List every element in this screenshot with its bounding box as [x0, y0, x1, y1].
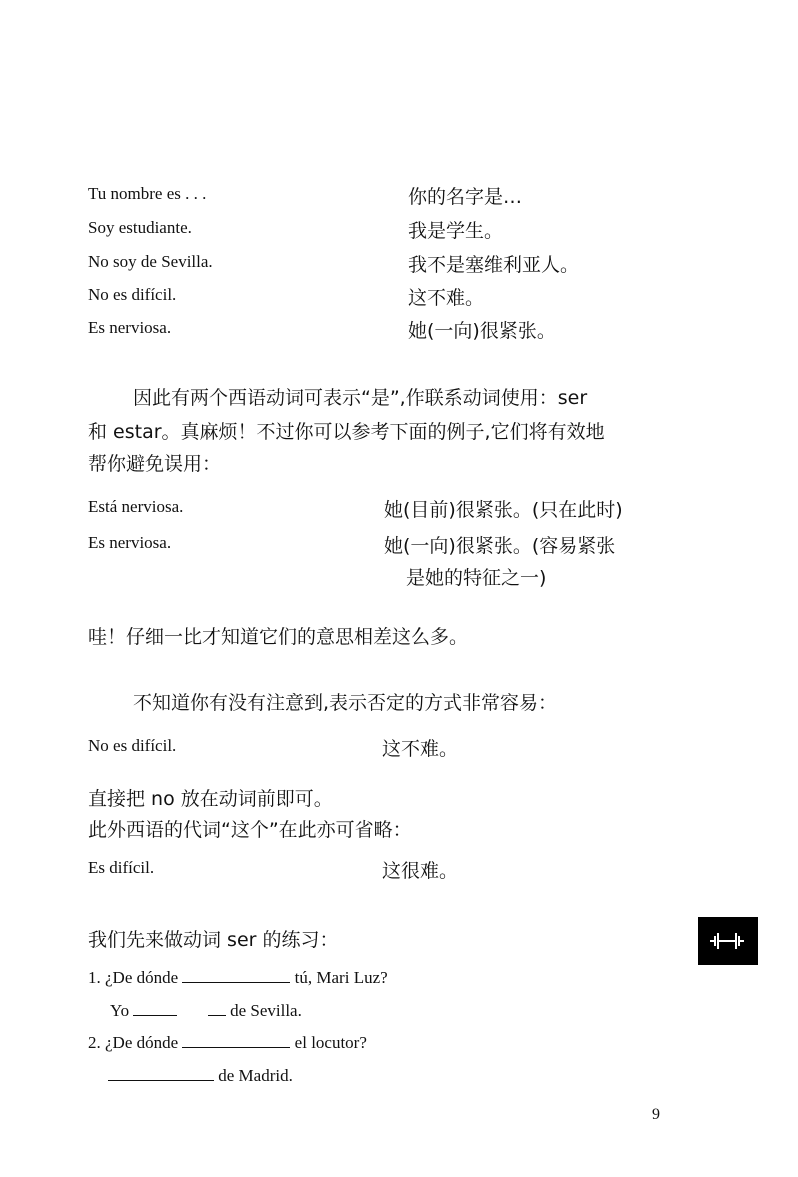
- exercise-text: el locutor?: [295, 1033, 367, 1052]
- page-number: 9: [652, 1106, 660, 1124]
- example-es: Está nerviosa.: [88, 497, 183, 517]
- exercise-text: ¿De dónde: [105, 968, 178, 987]
- exercise-number: 2.: [88, 1033, 101, 1052]
- paragraph-negation: 不知道你有没有注意到,表示否定的方式非常容易：: [133, 688, 557, 715]
- example-es: No es difícil.: [88, 736, 176, 756]
- example-zh: 她(一向)很紧张。: [408, 316, 556, 343]
- example-zh: 我不是塞维利亚人。: [408, 250, 579, 277]
- answer-blank[interactable]: [208, 1001, 226, 1016]
- paragraph-line: 和 estar。真麻烦！不过你可以参考下面的例子,它们将有效地: [88, 417, 605, 444]
- example-zh-continuation: 是她的特征之一): [406, 563, 546, 590]
- chapter-tab: [698, 917, 758, 965]
- answer-blank[interactable]: [182, 1033, 290, 1048]
- paragraph-line: 因此有两个西语动词可表示“是”,作联系动词使用：ser: [133, 383, 587, 410]
- example-zh: 这不难。: [382, 734, 458, 761]
- exercise-answer: Yo de Sevilla.: [110, 1001, 302, 1021]
- exercise-intro: 我们先来做动词 ser 的练习：: [88, 925, 338, 952]
- exercise-question: 2. ¿De dónde el locutor?: [88, 1033, 367, 1053]
- exercise-answer: de Madrid.: [108, 1066, 293, 1086]
- note: 此外西语的代词“这个”在此亦可省略：: [88, 815, 412, 842]
- answer-blank[interactable]: [182, 968, 290, 983]
- example-zh: 这不难。: [408, 283, 484, 310]
- note: 直接把 no 放在动词前即可。: [88, 784, 333, 811]
- example-zh: 她(一向)很紧张。(容易紧张: [384, 531, 615, 558]
- answer-blank[interactable]: [108, 1066, 214, 1081]
- example-zh: 我是学生。: [408, 216, 503, 243]
- example-zh: 她(目前)很紧张。(只在此时): [384, 495, 623, 522]
- example-es: Es nerviosa.: [88, 318, 171, 338]
- example-zh: 这很难。: [382, 856, 458, 883]
- example-es: Soy estudiante.: [88, 218, 192, 238]
- exercise-text: de Madrid.: [218, 1066, 293, 1085]
- remark: 哇！仔细一比才知道它们的意思相差这么多。: [88, 622, 468, 649]
- exercise-question: 1. ¿De dónde tú, Mari Luz?: [88, 968, 388, 988]
- exercise-text: Yo: [110, 1001, 129, 1020]
- example-es: Tu nombre es . . .: [88, 184, 206, 204]
- exercise-number: 1.: [88, 968, 101, 987]
- exercise-text: tú, Mari Luz?: [295, 968, 388, 987]
- example-es: No es difícil.: [88, 285, 176, 305]
- example-es: Es difícil.: [88, 858, 154, 878]
- example-es: Es nerviosa.: [88, 533, 171, 553]
- exercise-text: de Sevilla.: [230, 1001, 302, 1020]
- answer-blank[interactable]: [133, 1001, 177, 1016]
- dumbbell-icon: [708, 930, 748, 952]
- example-es: No soy de Sevilla.: [88, 252, 213, 272]
- exercise-text: ¿De dónde: [105, 1033, 178, 1052]
- example-zh: 你的名字是…: [408, 182, 522, 209]
- paragraph-line: 帮你避免误用：: [88, 449, 221, 476]
